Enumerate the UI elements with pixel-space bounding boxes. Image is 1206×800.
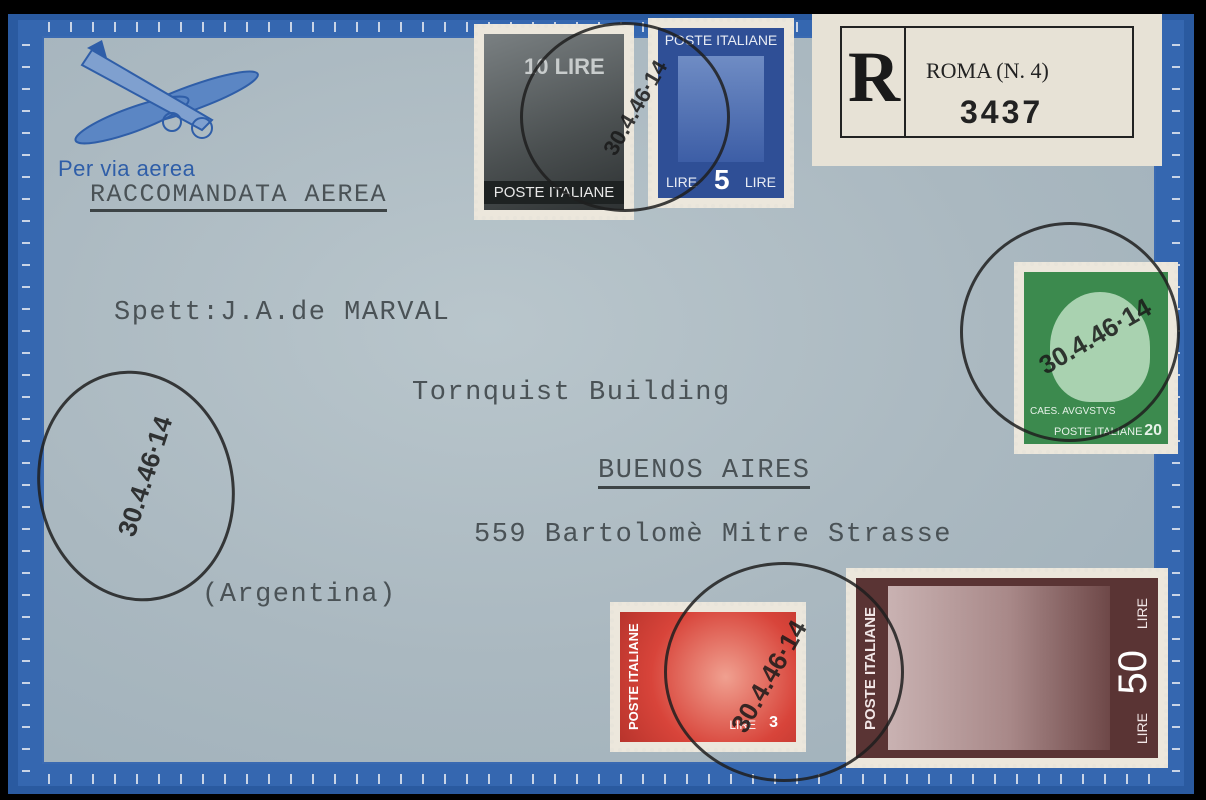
airplane-icon (62, 40, 262, 150)
stamp-denomination: 5 (714, 164, 730, 196)
postmark-date: 30.4.46·14 (725, 615, 814, 738)
service-line: RACCOMANDATA AEREA (90, 180, 387, 212)
postmark-bottom: 30.4.46·14 (664, 562, 904, 782)
postmark-date: 30.4.46·14 (598, 56, 673, 160)
registration-label: R ROMA (N. 4) 3437 (812, 14, 1162, 166)
stamp-issuer: POSTE ITALIANE (626, 616, 641, 738)
address-line-3: BUENOS AIRES (598, 456, 810, 489)
registration-divider (904, 28, 906, 136)
postmark-right: 30.4.46·14 (960, 222, 1180, 442)
border-pattern-bottom (38, 774, 1164, 784)
registration-letter: R (848, 36, 900, 119)
postmark-date: 30.4.46·14 (111, 412, 179, 540)
airmail-logo-text: Per via aerea (58, 156, 195, 182)
address-line-1: Spett:J.A.de MARVAL (114, 298, 450, 328)
address-line-2: Tornquist Building (412, 378, 731, 408)
registration-number: 3437 (960, 94, 1043, 131)
address-line-4: 559 Bartolomè Mitre Strasse (474, 520, 952, 550)
registration-box: R ROMA (N. 4) 3437 (840, 26, 1134, 138)
border-pattern-left (22, 34, 30, 774)
stamp-currency-bottom: LIRE (1134, 713, 1150, 744)
address-line-5: (Argentina) (202, 580, 397, 610)
stamp-currency-right: LIRE (745, 174, 776, 190)
postmark-top: 30.4.46·14 (520, 22, 730, 212)
stamp-denomination: 20 (1144, 422, 1162, 440)
stamp-artwork (888, 586, 1110, 750)
postmark-date: 30.4.46·14 (1034, 292, 1157, 381)
registration-office: ROMA (N. 4) (926, 58, 1049, 84)
stamp-denomination: 50 (1111, 650, 1156, 695)
stamp-currency-top: LIRE (1134, 598, 1150, 629)
